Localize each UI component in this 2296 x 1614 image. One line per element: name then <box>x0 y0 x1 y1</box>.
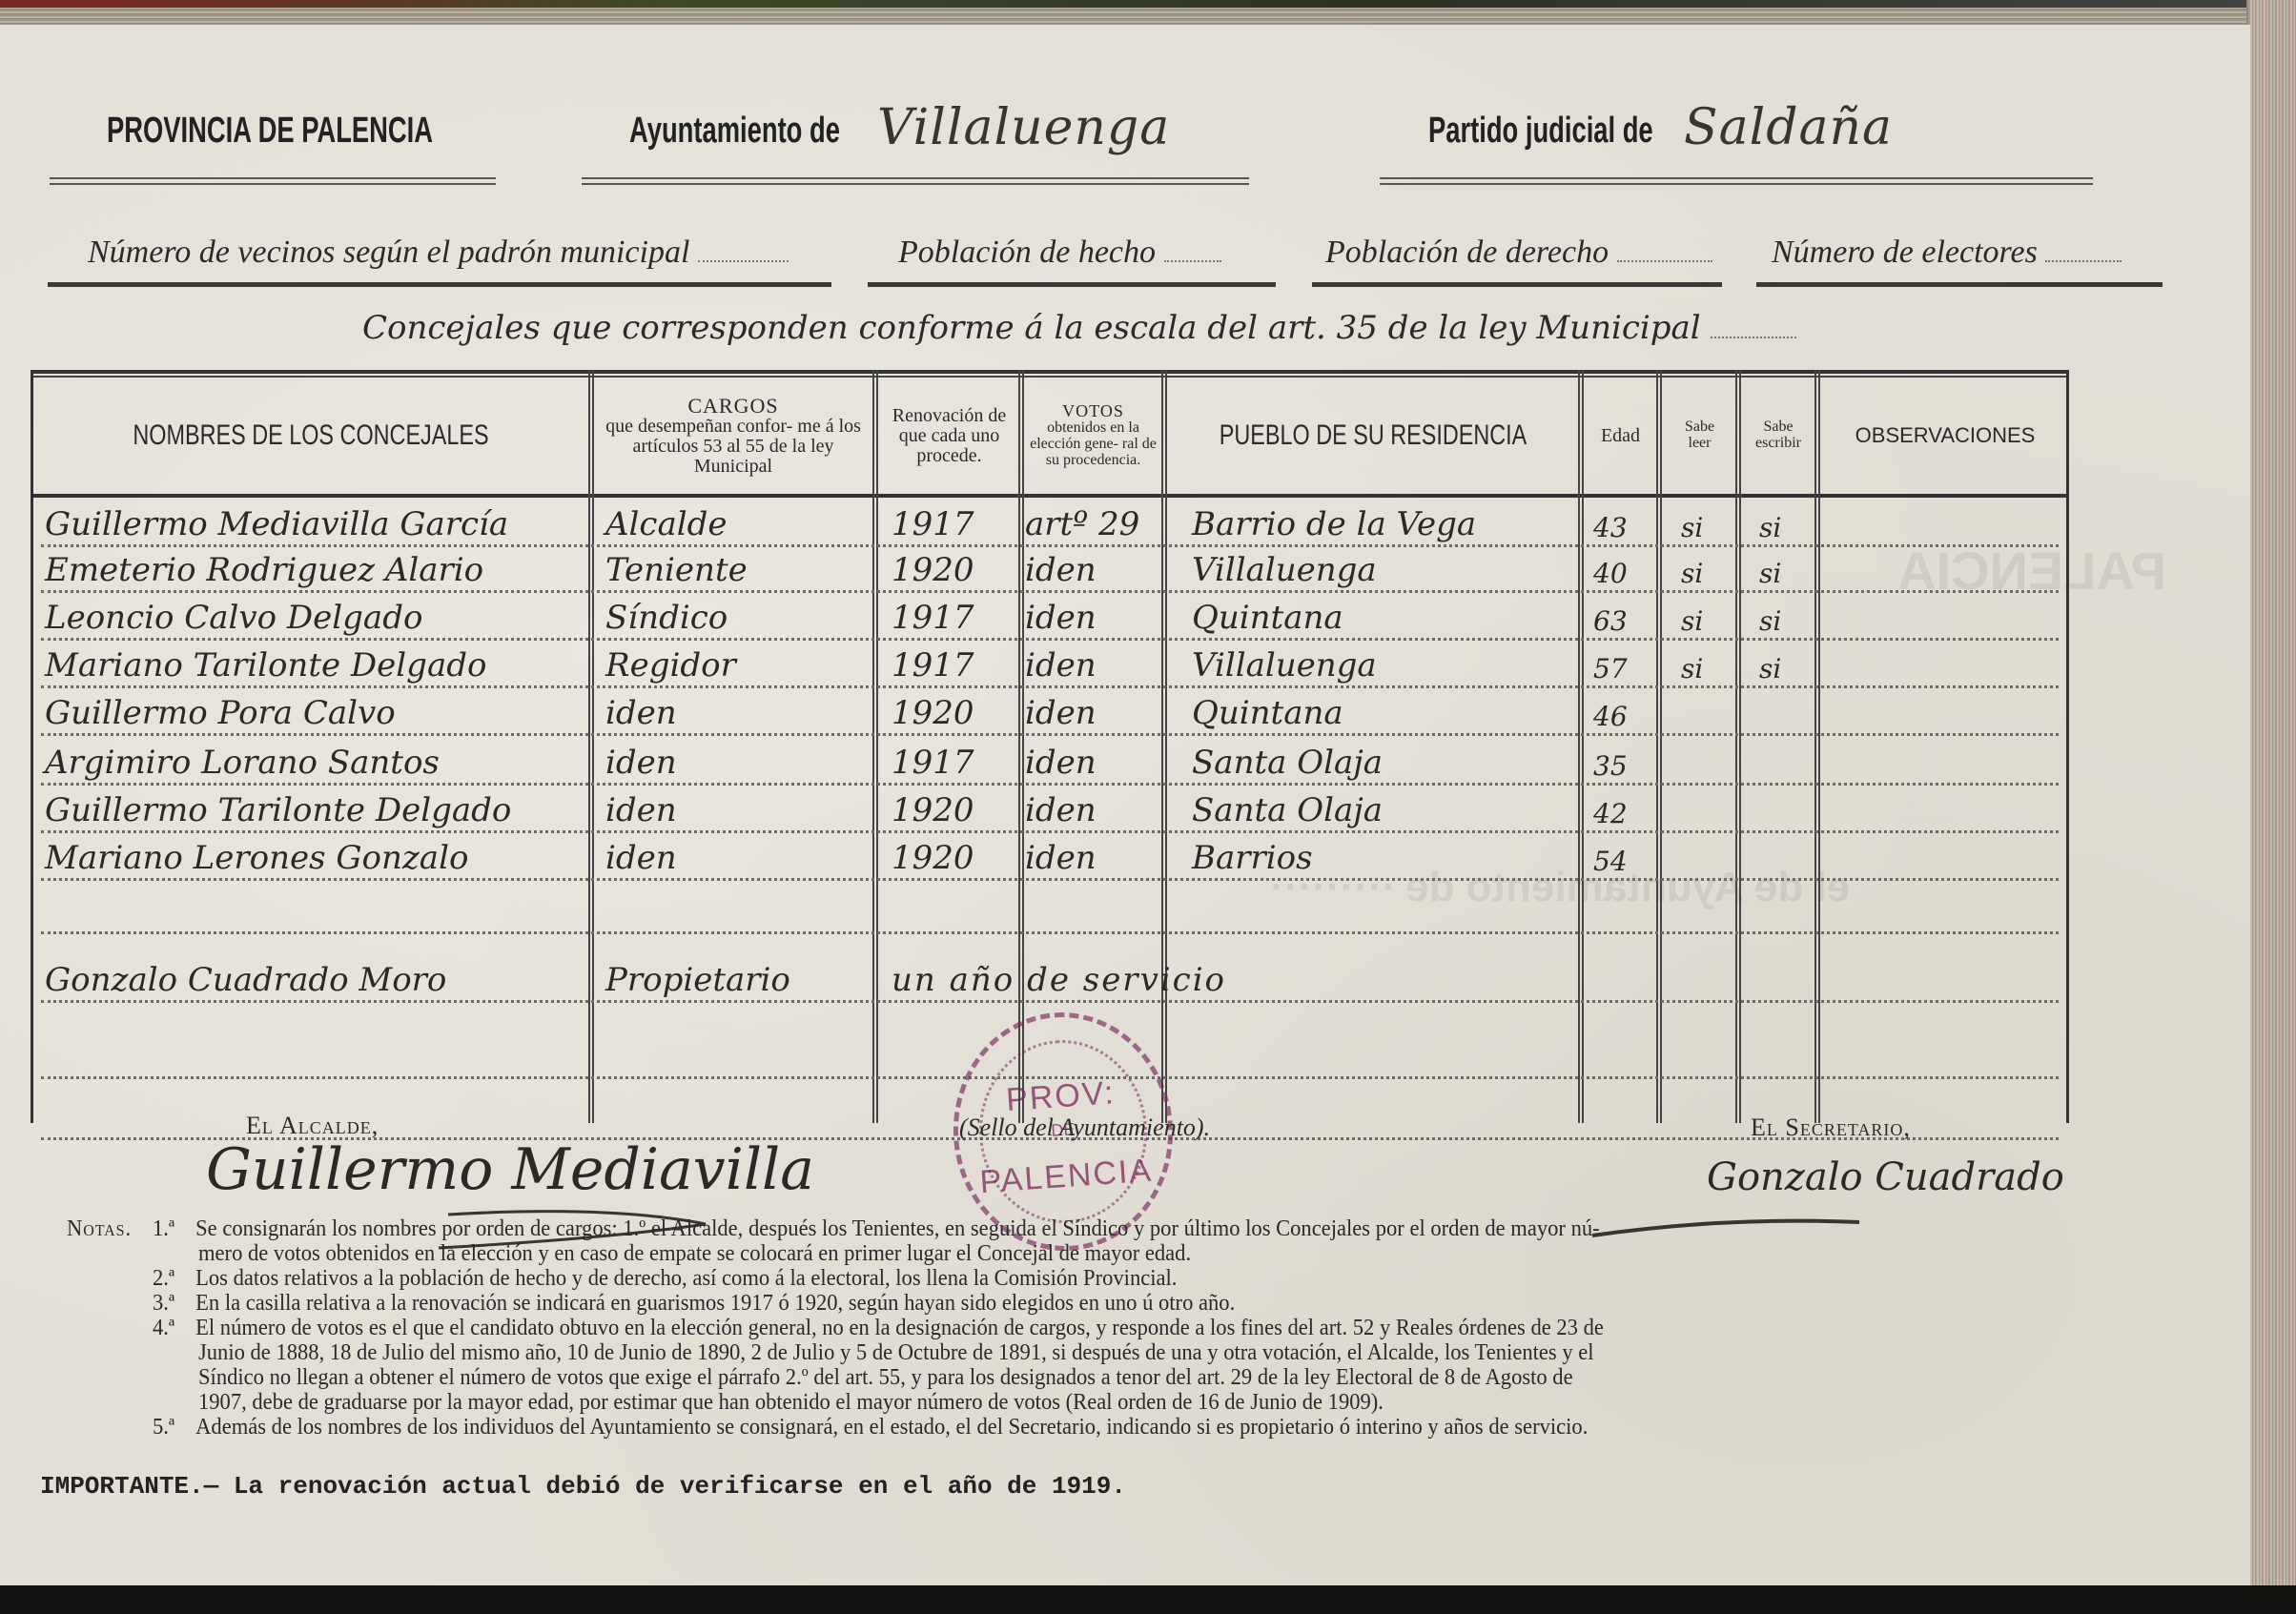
cell-pueblo: Santa Olaja <box>1192 744 1383 782</box>
partido-label: Partido judicial de <box>1428 111 1653 152</box>
vecinos-dots <box>698 260 789 262</box>
cell-escribir: si <box>1759 605 1781 637</box>
col-header-nombres: NOMBRES DE LOS CONCEJALES <box>94 378 527 494</box>
col-header-sabe-leer: Sabe leer <box>1664 378 1735 494</box>
votos-title: VOTOS <box>1062 402 1124 420</box>
cell-nombre: Guillermo Pora Calvo <box>45 694 396 732</box>
hecho-field: Población de hecho <box>898 235 1221 271</box>
note-line: Síndico no llegan a obtener el número de… <box>198 1365 1573 1391</box>
table-top-rule <box>33 370 2066 378</box>
cell-pueblo: Barrios <box>1192 839 1313 877</box>
note-text: Los datos relativos a la población de he… <box>195 1266 1177 1291</box>
note-text: mero de votos obtenidos en la elección y… <box>198 1241 1191 1266</box>
col-header-observaciones: OBSERVACIONES <box>1821 378 2069 494</box>
ayuntamiento-block: Ayuntamiento de Villaluenga <box>629 111 922 187</box>
note-text: Síndico no llegan a obtener el número de… <box>198 1365 1573 1390</box>
cell-cargo: Teniente <box>605 551 748 589</box>
book-top-edge <box>0 0 2296 27</box>
row-dotted-rule <box>41 783 2059 786</box>
cell-nombre: Guillermo Mediavilla García <box>45 505 508 543</box>
cell-escribir: si <box>1759 558 1781 589</box>
partido-value: Saldaña <box>1684 99 1893 156</box>
table-row <box>33 889 2066 934</box>
cell-escribir: si <box>1759 653 1781 684</box>
vecinos-label: Número de vecinos según el padrón munici… <box>88 235 689 270</box>
thick-rule <box>1756 282 2163 287</box>
cell-pueblo: Villaluenga <box>1192 646 1377 684</box>
cell-renovacion: 1920 <box>892 694 974 732</box>
table-title-text: Concejales que corresponden conforme á l… <box>362 309 1701 347</box>
hecho-dots <box>1164 260 1221 262</box>
document-page: PALENCIA el de Ayuntamiento de ·········… <box>0 25 2250 1588</box>
col-header-cargos: CARGOS que desempeñan confor- me á los a… <box>594 378 872 494</box>
derecho-field: Población de derecho <box>1325 235 1712 271</box>
row-dotted-rule <box>41 878 2059 881</box>
derecho-dots <box>1617 260 1712 262</box>
note-number: 4.ª <box>153 1316 195 1341</box>
cell-votos: iden <box>1025 744 1097 782</box>
note-text: En la casilla relativa a la renovación s… <box>195 1291 1235 1316</box>
cell-nombre: Leoncio Calvo Delgado <box>45 599 422 637</box>
row-dotted-rule <box>41 590 2059 593</box>
cell-votos: artº 29 <box>1025 505 1139 543</box>
secretario-label: El Secretario, <box>1751 1113 1911 1142</box>
table-title: Concejales que corresponden conforme á l… <box>362 309 1796 347</box>
electores-label: Número de electores <box>1772 235 2038 270</box>
bottom-shadow <box>0 1585 2296 1614</box>
votos-subtitle: obtenidos en la elección gene- ral de su… <box>1029 420 1158 468</box>
cell-escribir: si <box>1759 512 1781 543</box>
note-number: 5.ª <box>153 1415 195 1440</box>
cell-leer: si <box>1681 558 1703 589</box>
cell-cargo: Síndico <box>605 599 728 637</box>
table-row: Guillermo Tarilonte Delgadoiden1920idenS… <box>33 787 2066 833</box>
cell-cargo: Propietario <box>605 961 790 999</box>
note-line: 5.ªAdemás de los nombres de los individu… <box>153 1415 1588 1440</box>
cell-cargo: Alcalde <box>605 505 728 543</box>
note-line: 1.ªSe consignarán los nombres por orden … <box>153 1216 1600 1242</box>
note-number: 2.ª <box>153 1266 195 1292</box>
cell-renovacion: 1920 <box>892 551 974 589</box>
note-text: Junio de 1888, 18 de Julio del mismo año… <box>198 1340 1594 1365</box>
cell-nombre: Argimiro Lorano Santos <box>45 744 440 782</box>
electores-dots <box>2045 260 2122 262</box>
cell-edad: 54 <box>1593 846 1628 877</box>
sello-caption: (Sello del Ayuntamiento). <box>959 1113 1210 1142</box>
cell-edad: 46 <box>1593 701 1628 732</box>
table-row: Mariano Lerones Gonzaloiden1920idenBarri… <box>33 835 2066 881</box>
cell-renovacion: 1920 <box>892 791 974 829</box>
cell-nombre: Emeterio Rodriguez Alario <box>45 551 483 589</box>
electores-field: Número de electores <box>1772 235 2122 271</box>
double-rule <box>582 177 1249 185</box>
note-line: mero de votos obtenidos en la elección y… <box>198 1241 1191 1267</box>
cell-renovacion: 1917 <box>892 505 974 543</box>
secretario-signature: Gonzalo Cuadrado <box>1707 1155 2064 1199</box>
note-text: El número de votos es el que el candidat… <box>195 1316 1604 1340</box>
cell-votos: iden <box>1025 839 1097 877</box>
note-line: Junio de 1888, 18 de Julio del mismo año… <box>198 1340 1594 1366</box>
double-rule <box>50 177 496 185</box>
note-number: 3.ª <box>153 1291 195 1317</box>
row-dotted-rule <box>41 830 2059 833</box>
cell-nombre: Mariano Tarilonte Delgado <box>45 646 486 684</box>
cell-renovacion: un año de servicio <box>892 961 1226 999</box>
cell-pueblo: Quintana <box>1192 694 1343 732</box>
row-dotted-rule <box>41 733 2059 736</box>
ayuntamiento-value: Villaluenga <box>877 99 1170 156</box>
book-right-edge <box>2246 0 2296 1614</box>
col-header-renovacion: Renovación de que cada uno procede. <box>880 378 1018 494</box>
secretario-signature-flourish <box>1583 1203 1869 1241</box>
partido-block: Partido judicial de Saldaña <box>1428 111 1740 187</box>
cell-edad: 57 <box>1593 653 1628 684</box>
cell-cargo: iden <box>605 694 677 732</box>
cell-edad: 43 <box>1593 512 1628 543</box>
thick-rule <box>48 282 831 287</box>
row-dotted-rule <box>41 638 2059 641</box>
cell-votos: iden <box>1025 646 1097 684</box>
table-header-rule <box>33 494 2066 500</box>
cell-leer: si <box>1681 653 1703 684</box>
cell-edad: 63 <box>1593 605 1628 637</box>
vecinos-field: Número de vecinos según el padrón munici… <box>88 235 789 271</box>
hecho-label: Población de hecho <box>898 235 1156 270</box>
cell-votos: iden <box>1025 791 1097 829</box>
note-line: 1907, debe de graduarse por la mayor eda… <box>198 1390 1384 1416</box>
note-text: 1907, debe de graduarse por la mayor eda… <box>198 1390 1384 1415</box>
cell-votos: iden <box>1025 694 1097 732</box>
double-rule <box>1380 177 2093 185</box>
col-header-pueblo: PUEBLO DE SU RESIDENCIA <box>1213 378 1532 494</box>
concejales-table: NOMBRES DE LOS CONCEJALES CARGOS que des… <box>31 370 2069 1123</box>
cell-pueblo: Barrio de la Vega <box>1192 505 1476 543</box>
cell-pueblo: Villaluenga <box>1192 551 1377 589</box>
note-line: 3.ªEn la casilla relativa a la renovació… <box>153 1291 1235 1317</box>
col-header-edad: Edad <box>1585 378 1656 494</box>
table-row: Argimiro Lorano Santosiden1917idenSanta … <box>33 740 2066 786</box>
cell-renovacion: 1917 <box>892 599 974 637</box>
cell-votos: iden <box>1025 551 1097 589</box>
row-dotted-rule <box>41 931 2059 934</box>
important-notice: IMPORTANTE.— La renovación actual debió … <box>40 1472 1126 1501</box>
col-header-votos: VOTOS obtenidos en la elección gene- ral… <box>1025 378 1161 494</box>
cell-renovacion: 1917 <box>892 744 974 782</box>
stats-row: Número de vecinos según el padrón munici… <box>0 235 2250 292</box>
cell-pueblo: Santa Olaja <box>1192 791 1383 829</box>
cell-nombre: Guillermo Tarilonte Delgado <box>45 791 511 829</box>
cell-cargo: iden <box>605 791 677 829</box>
header-row: PROVINCIA DE PALENCIA Ayuntamiento de Vi… <box>0 111 2250 187</box>
cell-nombre: Mariano Lerones Gonzalo <box>45 839 468 877</box>
note-line: 2.ªLos datos relativos a la población de… <box>153 1266 1177 1292</box>
notes-label: Notas. <box>67 1216 132 1242</box>
col-header-sabe-escribir: Sabe escribir <box>1742 378 1814 494</box>
note-text: Además de los nombres de los individuos … <box>195 1415 1588 1440</box>
cell-cargo: iden <box>605 839 677 877</box>
table-row: Guillermo Mediavilla GarcíaAlcalde1917ar… <box>33 501 2066 547</box>
table-row: Leoncio Calvo DelgadoSíndico1917idenQuin… <box>33 595 2066 641</box>
cell-nombre: Gonzalo Cuadrado Moro <box>45 961 446 999</box>
thick-rule <box>868 282 1276 287</box>
cell-edad: 42 <box>1593 798 1628 829</box>
row-dotted-rule <box>41 685 2059 688</box>
derecho-label: Población de derecho <box>1325 235 1609 270</box>
ayuntamiento-label: Ayuntamiento de <box>629 111 840 152</box>
cell-pueblo: Quintana <box>1192 599 1343 637</box>
cell-renovacion: 1920 <box>892 839 974 877</box>
cell-edad: 40 <box>1593 558 1628 589</box>
note-number: 1.ª <box>153 1216 195 1242</box>
cargos-title: CARGOS <box>687 395 778 417</box>
note-line: 4.ªEl número de votos es el que el candi… <box>153 1316 1604 1341</box>
note-text: Se consignarán los nombres por orden de … <box>195 1216 1600 1241</box>
cell-votos: iden <box>1025 599 1097 637</box>
cell-edad: 35 <box>1593 750 1628 782</box>
cell-cargo: iden <box>605 744 677 782</box>
provincia-label: PROVINCIA DE PALENCIA <box>107 111 433 152</box>
cell-cargo: Regidor <box>605 646 736 684</box>
title-dots <box>1711 337 1796 338</box>
cargos-subtitle: que desempeñan confor- me á los artículo… <box>594 417 872 477</box>
cell-leer: si <box>1681 512 1703 543</box>
table-row: Mariano Tarilonte DelgadoRegidor1917iden… <box>33 643 2066 688</box>
table-row: Guillermo Pora Calvoiden1920idenQuintana… <box>33 690 2066 736</box>
provincia-block: PROVINCIA DE PALENCIA <box>107 111 560 187</box>
cell-renovacion: 1917 <box>892 646 974 684</box>
cell-leer: si <box>1681 605 1703 637</box>
row-dotted-rule <box>41 1000 2059 1003</box>
table-row: Emeterio Rodriguez AlarioTeniente1920ide… <box>33 547 2066 593</box>
table-row: Gonzalo Cuadrado MoroPropietarioun año d… <box>33 957 2066 1003</box>
thick-rule <box>1312 282 1722 287</box>
alcalde-signature: Guillermo Mediavilla <box>206 1136 814 1203</box>
